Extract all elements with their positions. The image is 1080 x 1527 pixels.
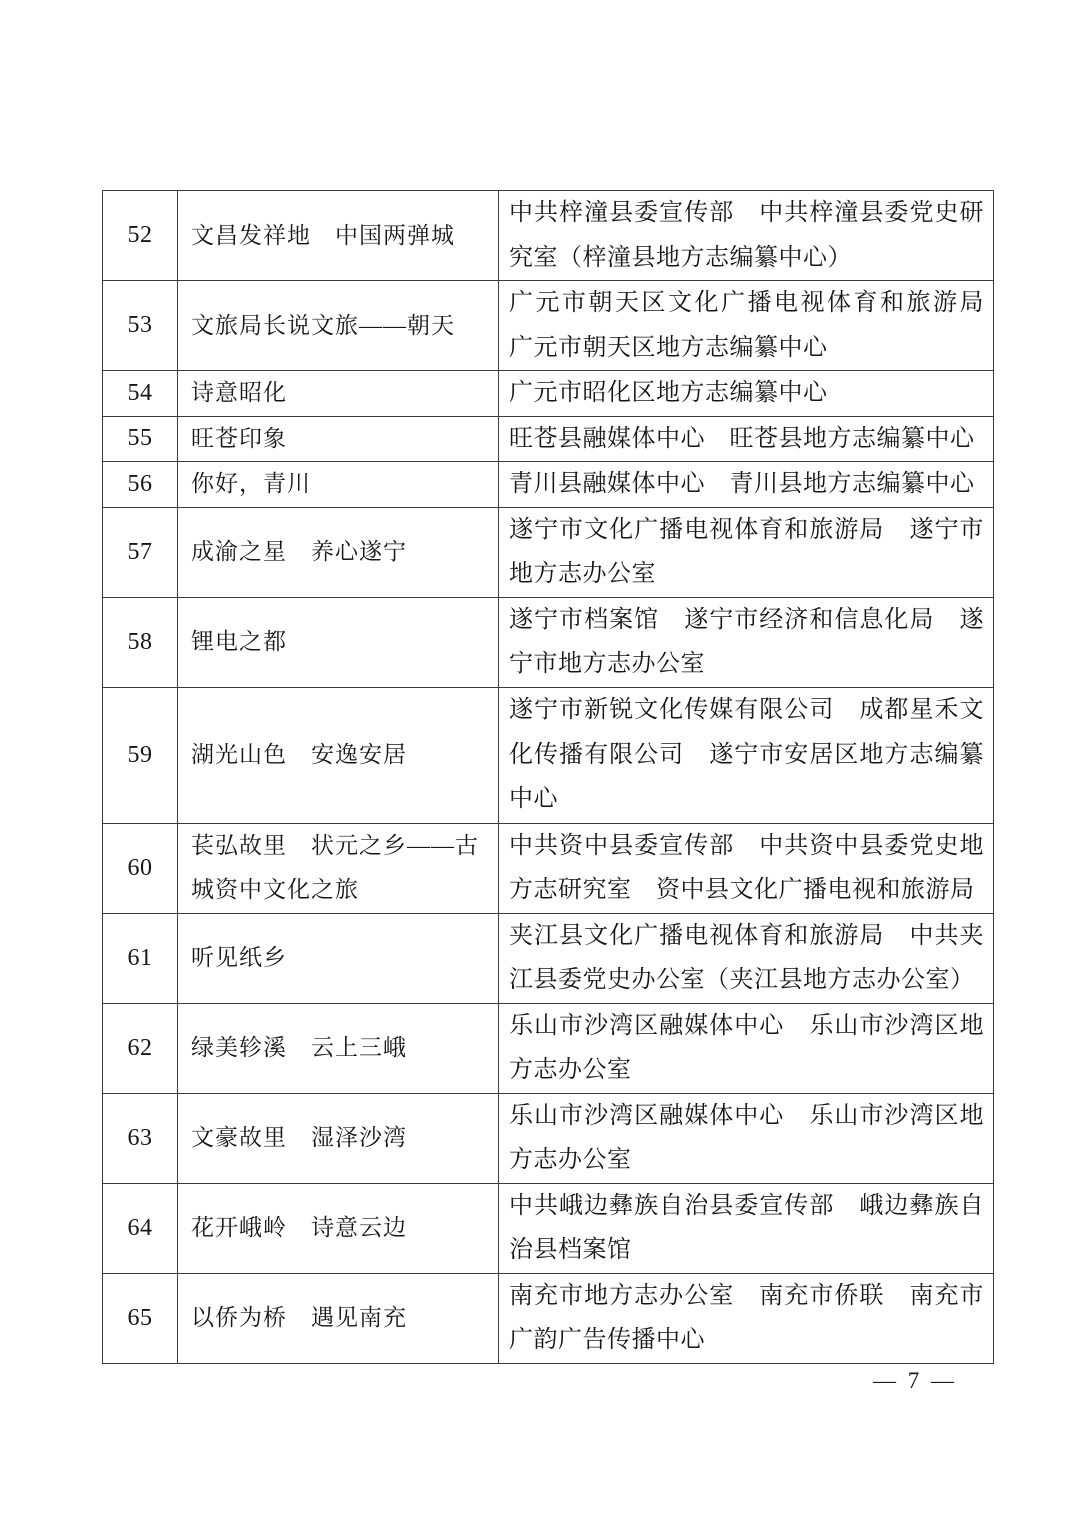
table-row: 63 文豪故里 湿泽沙湾 乐山市沙湾区融媒体中心 乐山市沙湾区地方志办公室 [103,1093,994,1183]
table-row: 59 湖光山色 安逸安居 遂宁市新锐文化传媒有限公司 成都星禾文化传播有限公司 … [103,687,994,823]
row-number: 55 [103,416,178,462]
row-orgs: 遂宁市文化广播电视体育和旅游局 遂宁市地方志办公室 [499,507,994,597]
row-orgs: 中共峨边彝族自治县委宣传部 峨边彝族自治县档案馆 [499,1183,994,1273]
row-title: 文昌发祥地 中国两弹城 [178,191,499,281]
row-title: 诗意昭化 [178,371,499,417]
row-orgs: 南充市地方志办公室 南充市侨联 南充市广韵广告传播中心 [499,1273,994,1363]
row-number: 52 [103,191,178,281]
table-row: 52 文昌发祥地 中国两弹城 中共梓潼县委宣传部 中共梓潼县委党史研究室（梓潼县… [103,191,994,281]
row-orgs: 中共梓潼县委宣传部 中共梓潼县委党史研究室（梓潼县地方志编纂中心） [499,191,994,281]
row-number: 54 [103,371,178,417]
table-row: 54 诗意昭化 广元市昭化区地方志编纂中心 [103,371,994,417]
records-table: 52 文昌发祥地 中国两弹城 中共梓潼县委宣传部 中共梓潼县委党史研究室（梓潼县… [102,190,994,1364]
table-row: 56 你好，青川 青川县融媒体中心 青川县地方志编纂中心 [103,462,994,508]
row-title: 成渝之星 养心遂宁 [178,507,499,597]
row-title: 文豪故里 湿泽沙湾 [178,1093,499,1183]
table-row: 62 绿美轸溪 云上三峨 乐山市沙湾区融媒体中心 乐山市沙湾区地方志办公室 [103,1003,994,1093]
row-orgs: 遂宁市新锐文化传媒有限公司 成都星禾文化传播有限公司 遂宁市安居区地方志编纂中心 [499,687,994,823]
row-title: 以侨为桥 遇见南充 [178,1273,499,1363]
row-title: 旺苍印象 [178,416,499,462]
table-row: 58 锂电之都 遂宁市档案馆 遂宁市经济和信息化局 遂宁市地方志办公室 [103,597,994,687]
row-number: 57 [103,507,178,597]
row-title: 文旅局长说文旅——朝天 [178,281,499,371]
row-orgs: 广元市昭化区地方志编纂中心 [499,371,994,417]
row-orgs: 广元市朝天区文化广播电视体育和旅游局 广元市朝天区地方志编纂中心 [499,281,994,371]
row-number: 58 [103,597,178,687]
row-title: 花开峨岭 诗意云边 [178,1183,499,1273]
row-title: 苌弘故里 状元之乡——古城资中文化之旅 [178,823,499,913]
row-orgs: 青川县融媒体中心 青川县地方志编纂中心 [499,462,994,508]
row-orgs: 乐山市沙湾区融媒体中心 乐山市沙湾区地方志办公室 [499,1003,994,1093]
table-row: 53 文旅局长说文旅——朝天 广元市朝天区文化广播电视体育和旅游局 广元市朝天区… [103,281,994,371]
row-number: 56 [103,462,178,508]
row-title: 听见纸乡 [178,913,499,1003]
row-orgs: 乐山市沙湾区融媒体中心 乐山市沙湾区地方志办公室 [499,1093,994,1183]
document-page: { "document": { "page_number": "\u2014 7… [0,0,1080,1527]
row-orgs: 遂宁市档案馆 遂宁市经济和信息化局 遂宁市地方志办公室 [499,597,994,687]
row-orgs: 旺苍县融媒体中心 旺苍县地方志编纂中心 [499,416,994,462]
row-title: 绿美轸溪 云上三峨 [178,1003,499,1093]
row-number: 63 [103,1093,178,1183]
row-number: 60 [103,823,178,913]
row-number: 62 [103,1003,178,1093]
row-title: 锂电之都 [178,597,499,687]
row-number: 61 [103,913,178,1003]
table-row: 65 以侨为桥 遇见南充 南充市地方志办公室 南充市侨联 南充市广韵广告传播中心 [103,1273,994,1363]
row-number: 53 [103,281,178,371]
page-number: — 7 — [873,1368,957,1394]
row-number: 59 [103,687,178,823]
table-row: 55 旺苍印象 旺苍县融媒体中心 旺苍县地方志编纂中心 [103,416,994,462]
table-row: 61 听见纸乡 夹江县文化广播电视体育和旅游局 中共夹江县委党史办公室（夹江县地… [103,913,994,1003]
row-number: 65 [103,1273,178,1363]
row-number: 64 [103,1183,178,1273]
table-row: 60 苌弘故里 状元之乡——古城资中文化之旅 中共资中县委宣传部 中共资中县委党… [103,823,994,913]
row-orgs: 中共资中县委宣传部 中共资中县委党史地方志研究室 资中县文化广播电视和旅游局 [499,823,994,913]
table-row: 64 花开峨岭 诗意云边 中共峨边彝族自治县委宣传部 峨边彝族自治县档案馆 [103,1183,994,1273]
row-title: 湖光山色 安逸安居 [178,687,499,823]
table-row: 57 成渝之星 养心遂宁 遂宁市文化广播电视体育和旅游局 遂宁市地方志办公室 [103,507,994,597]
row-orgs: 夹江县文化广播电视体育和旅游局 中共夹江县委党史办公室（夹江县地方志办公室） [499,913,994,1003]
row-title: 你好，青川 [178,462,499,508]
